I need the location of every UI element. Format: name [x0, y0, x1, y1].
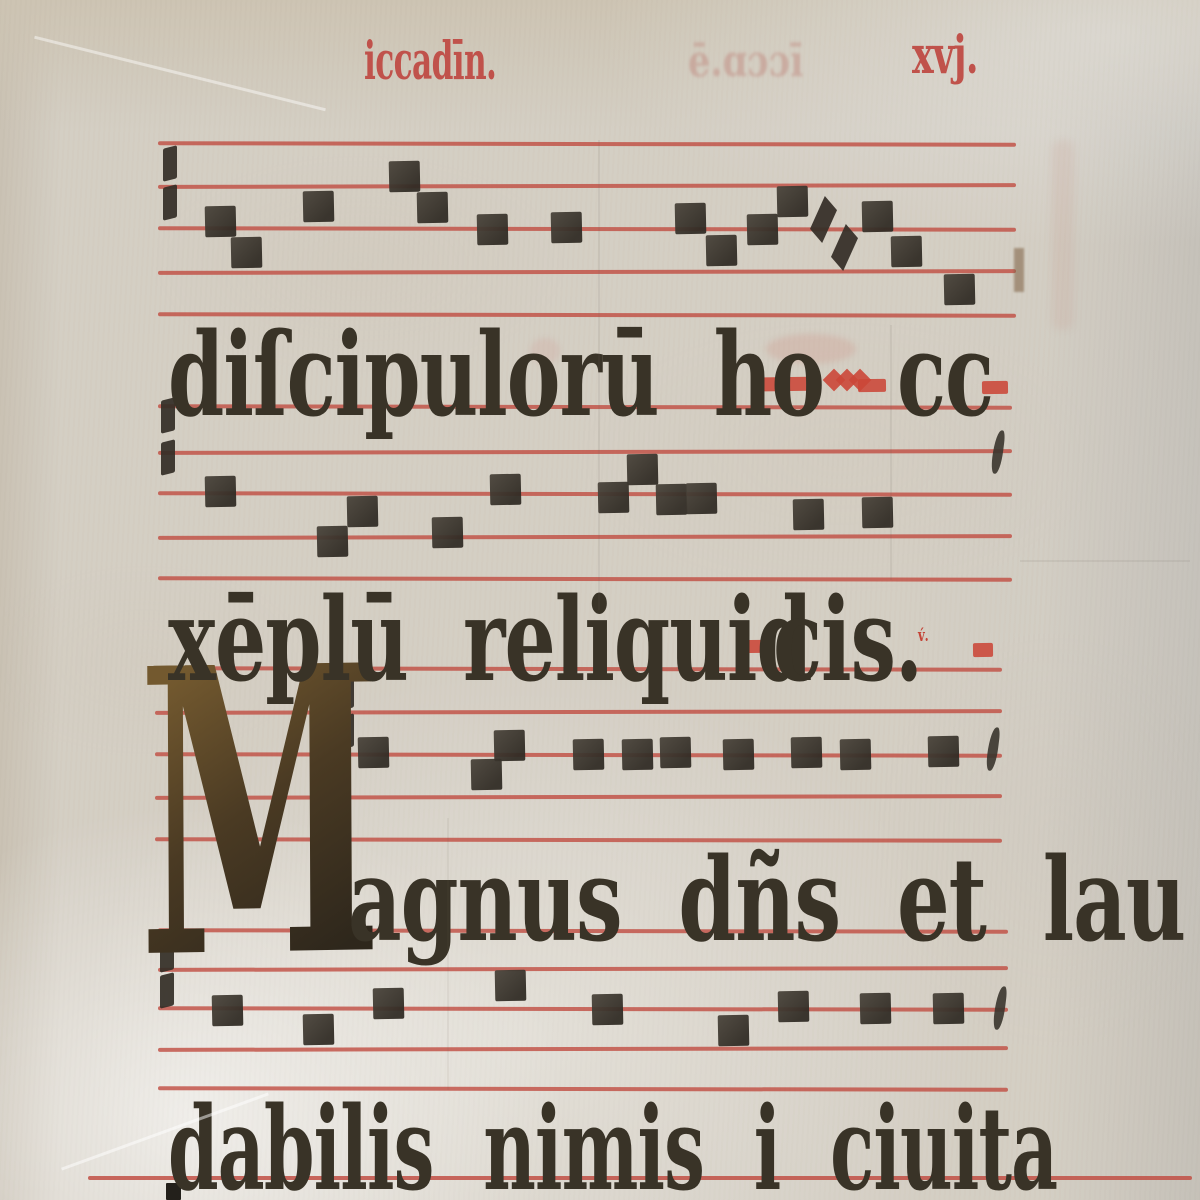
neume-square	[231, 237, 263, 269]
neume-square	[660, 737, 692, 769]
custos-mark	[985, 727, 1000, 772]
header-rubric: iccadīn.	[364, 36, 496, 88]
neume-square	[205, 476, 237, 508]
lyric-text: dabilis nimis i ciuita	[168, 1092, 1057, 1200]
neume-square	[706, 235, 738, 267]
neume-square	[862, 497, 894, 529]
neume-square	[417, 192, 449, 224]
lyric-text: cis.	[773, 583, 922, 698]
neume-square	[747, 214, 779, 246]
neume-square	[675, 203, 707, 235]
neume-square	[477, 214, 509, 246]
neume-square	[471, 759, 503, 791]
neume-square	[347, 496, 379, 528]
neume-square	[791, 737, 823, 769]
staff-line	[158, 449, 1012, 455]
neume-square	[928, 736, 960, 768]
neume-square	[723, 739, 755, 771]
neume-square	[891, 236, 923, 268]
crease-line	[34, 36, 326, 111]
neume-square	[598, 482, 630, 514]
neume-square	[860, 993, 892, 1025]
lyric-text: diſcipulorū ho	[168, 318, 824, 433]
staff-line	[158, 269, 1016, 275]
ink-bleed-mark	[1052, 140, 1074, 330]
neume-square	[840, 739, 872, 771]
neume-square	[495, 970, 527, 1002]
neume-square	[944, 274, 976, 306]
manuscript-page: iccadīn. ē.ɑɔɔī xvj. M diſcipulorū hoccx…	[0, 0, 1200, 1200]
lyric-text: xēplū reliquid	[168, 583, 812, 698]
neume-diamond	[810, 196, 837, 243]
neume-square	[622, 739, 654, 771]
c-clef-mark	[163, 184, 177, 220]
neume-square	[432, 517, 464, 549]
neume-square	[686, 483, 718, 515]
neume-square	[933, 993, 965, 1025]
neume-square	[862, 201, 894, 233]
neume-square	[317, 526, 349, 558]
neume-square	[793, 499, 825, 531]
neume-square	[777, 186, 809, 218]
neume-square	[718, 1015, 750, 1047]
c-clef-mark	[161, 439, 175, 475]
staff-line	[158, 183, 1016, 189]
neume-square	[494, 730, 526, 762]
c-clef-mark	[163, 145, 177, 181]
line-filler-bar	[858, 379, 886, 392]
neume-square	[592, 994, 624, 1026]
staff-line	[158, 141, 1016, 146]
neume-square	[627, 454, 659, 486]
line-filler-bar	[973, 643, 993, 657]
neume-square	[551, 212, 583, 244]
lyric-text: cc	[897, 318, 993, 433]
neume-square	[778, 991, 810, 1023]
crease-line	[1020, 560, 1190, 562]
neume-square	[303, 191, 335, 223]
folio-number: xvj.	[912, 30, 978, 82]
lyric-text: agnus dñs et lau	[348, 843, 1185, 958]
ink-smudge	[1014, 248, 1024, 292]
bleed-through-text: ē.ɑɔɔī	[688, 40, 804, 84]
neume-square	[205, 206, 237, 238]
neume-square	[573, 739, 605, 771]
neume-square	[656, 484, 688, 516]
staff-line	[158, 1046, 1008, 1052]
staff-line	[158, 534, 1012, 540]
versicle-mark: v́.	[918, 578, 929, 693]
neume-square	[490, 474, 522, 506]
neume-square	[389, 161, 421, 193]
